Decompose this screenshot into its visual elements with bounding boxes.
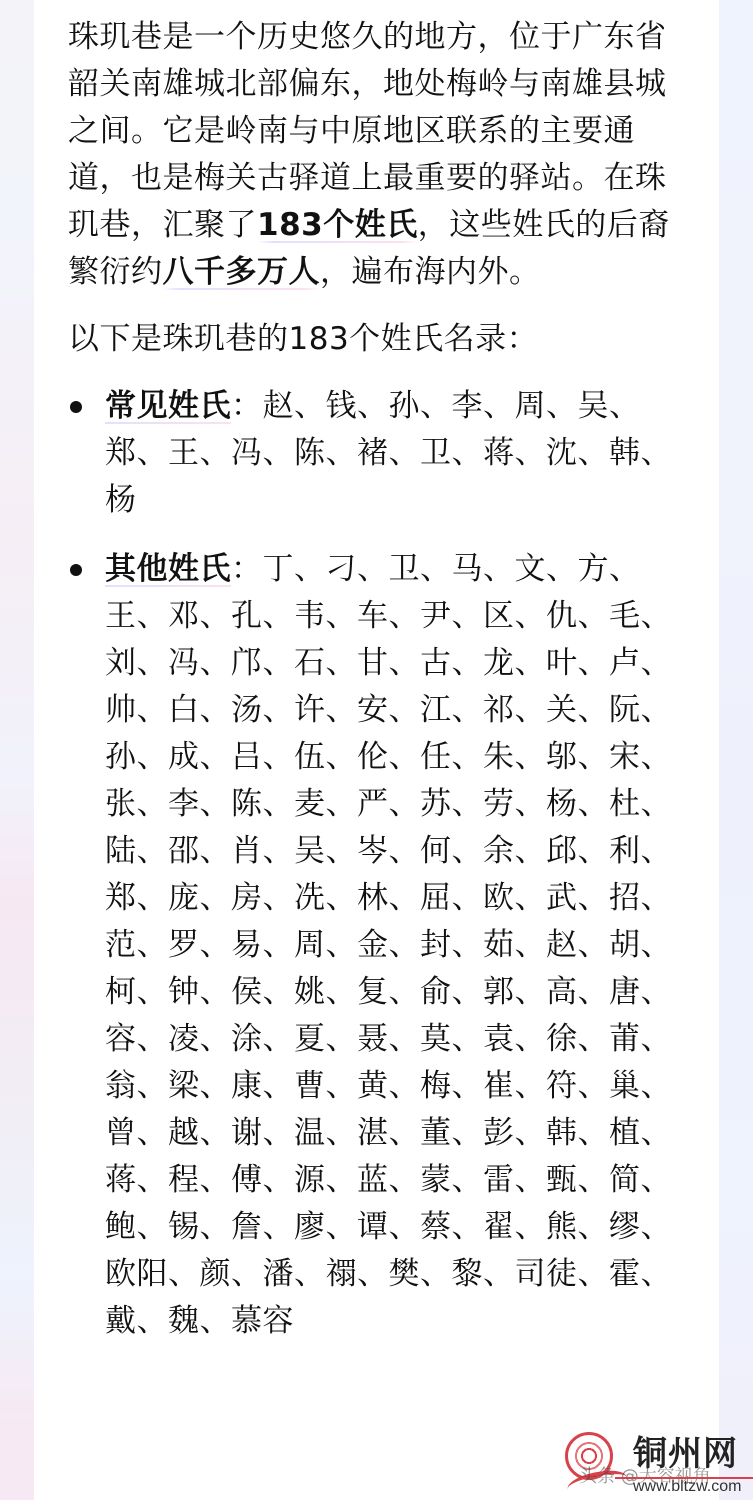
section-colon: ： [231,388,263,424]
surname-list: 常见姓氏：赵、钱、孙、李、周、吴、郑、王、冯、陈、褚、卫、蒋、沈、韩、杨 其他姓… [68,383,678,1345]
background-left-band [0,0,34,1500]
list-item-other-surnames: 其他姓氏：丁、刁、卫、马、文、方、王、邓、孔、韦、车、尹、区、仇、毛、刘、冯、邝… [68,546,678,1345]
surnames-text: 丁、刁、卫、马、文、方、王、邓、孔、韦、车、尹、区、仇、毛、刘、冯、邝、石、甘、… [105,551,672,1339]
highlight-descendants: 八千多万人 [163,254,321,290]
watermark-title: 铜州网 [633,1426,738,1475]
section-label: 常见姓氏 [105,388,231,424]
bullet-icon [70,564,82,576]
list-intro: 以下是珠玑巷的183个姓氏名录： [68,316,678,363]
list-item-common-surnames: 常见姓氏：赵、钱、孙、李、周、吴、郑、王、冯、陈、褚、卫、蒋、沈、韩、杨 [68,383,678,524]
background-right-band [719,0,753,1500]
intro-text-3: ，遍布海内外。 [320,254,541,290]
watermark-url: www.bltzw.com [633,1478,741,1496]
section-colon: ： [231,551,263,587]
section-label: 其他姓氏 [105,551,231,587]
bullet-icon [70,401,82,413]
article-content: 珠玑巷是一个历史悠久的地方，位于广东省韶关南雄城北部偏东，地处梅岭与南雄县城之间… [68,14,678,1367]
highlight-surname-count: 183个姓氏 [257,207,418,243]
intro-paragraph: 珠玑巷是一个历史悠久的地方，位于广东省韶关南雄城北部偏东，地处梅岭与南雄县城之间… [68,14,678,296]
site-watermark: 头条 @大容视角 铜州网 www.bltzw.com [565,1432,753,1500]
